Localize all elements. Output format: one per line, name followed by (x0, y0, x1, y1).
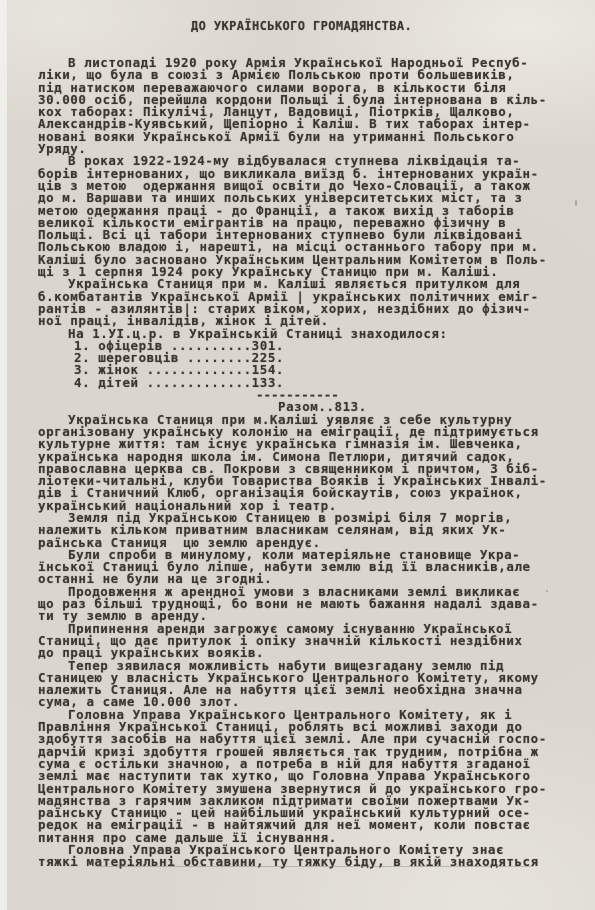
document-body: В листопаді 1920 року Армія Української … (0, 57, 595, 869)
cultural-life-paragraph: Українська Станиця при м.Каліші уявляє з… (38, 414, 579, 512)
land-paragraph: Земля під Українською Станицею в розмірі… (38, 512, 579, 549)
closing-paragraph: Головна Управа Українського Центрального… (38, 844, 579, 869)
fundraising-appeal-paragraph: Головна Управа Українського Центрального… (38, 709, 579, 844)
past-attempts-paragraph: Були спроби в минулому, коли матеріяльне… (38, 549, 579, 586)
census-list: 1. офіцерів ..........301.2. шереговців … (74, 340, 579, 389)
purchase-opportunity-paragraph: Тепер зявилася можливість набути вищезга… (38, 660, 579, 709)
scanned-page: ДО УКРАЇНСЬКОГО ГРОМАДЯНСТВА. В листопад… (0, 0, 595, 910)
station-refuge-paragraph: Українська Станиця при м. Каліші являєть… (38, 278, 579, 327)
scan-artifact-line (95, 866, 533, 867)
scan-speckle (575, 200, 577, 206)
scan-speckle (509, 96, 512, 99)
document-title: ДО УКРАЇНСЬКОГО ГРОМАДЯНСТВА. (191, 0, 595, 33)
lease-termination-paragraph: Припинення аренди загрожує самому існува… (38, 623, 579, 660)
opening-paragraph: В листопаді 1920 року Армія Української … (38, 57, 579, 155)
lease-difficulties-paragraph: Продовження ж арендної умови з власникам… (38, 586, 579, 623)
scan-speckle (546, 590, 548, 592)
camps-liquidation-paragraph: В роках 1922-1924-му відбувалася ступнев… (38, 155, 579, 278)
scan-edge-strip (0, 0, 7, 910)
text-line: новані вояки Української Армії були на у… (38, 131, 579, 143)
